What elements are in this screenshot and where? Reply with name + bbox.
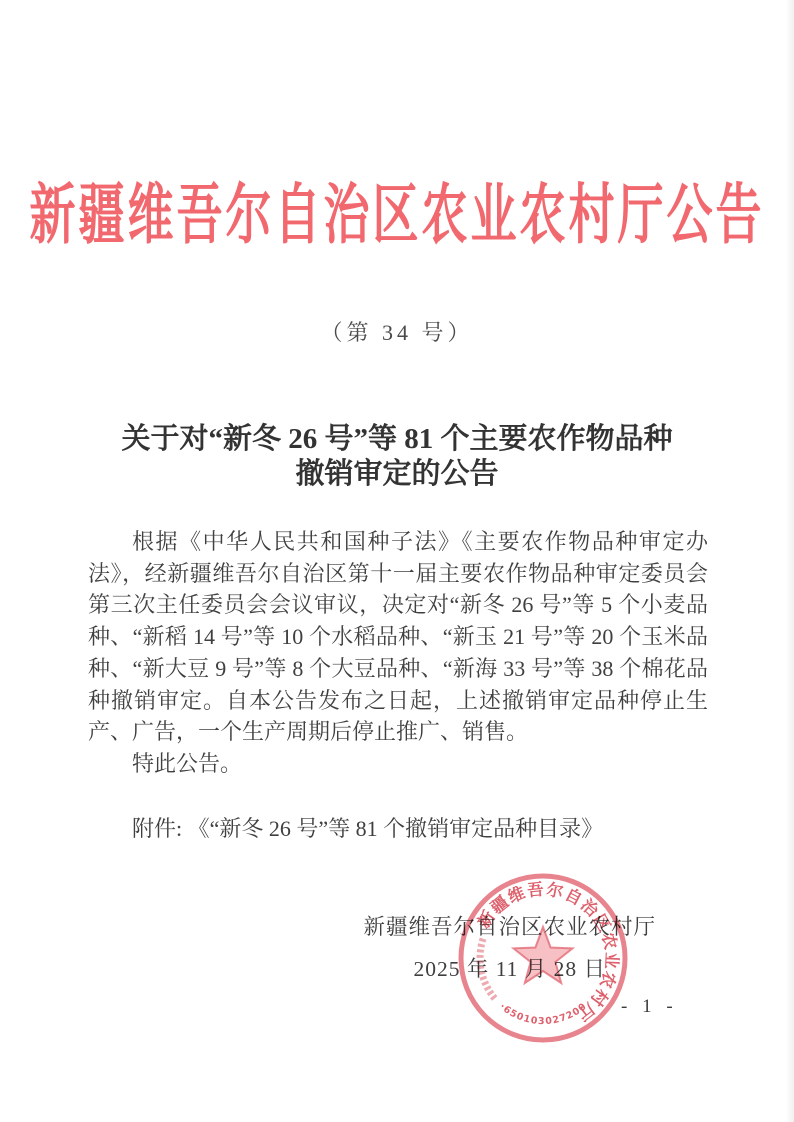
body-line: 种撤销审定。自本公告发布之日起，上述撤销审定品种停止生 (88, 685, 708, 717)
document-heading-line1: 关于对“新冬 26 号”等 81 个主要农作物品种 (0, 422, 794, 457)
body-text: 根据《中华人民共和国种子法》《主要农作物品种审定办法》，经新疆维吾尔自治区第十一… (88, 526, 708, 780)
body-line: 种、“新大豆 9 号”等 8 个大豆品种、“新海 33 号”等 38 个棉花品 (88, 653, 708, 685)
body-line: 根据《中华人民共和国种子法》《主要农作物品种审定办 (88, 526, 708, 558)
seal-star-icon (514, 927, 573, 983)
issue-number: （第 34 号） (0, 316, 794, 347)
seal-code-text: ·6501030272003 (433, 848, 589, 1027)
attachment-line: 附件: 《“新冬 26 号”等 81 个撤销审定品种目录》 (88, 812, 738, 843)
uyghur-script-arc (480, 937, 495, 999)
body-line: 种、“新稻 14 号”等 10 个水稻品种、“新玉 21 号”等 20 个玉米品 (88, 621, 708, 653)
masthead-title: 新疆维吾尔自治区农业农村厅公告 (0, 163, 794, 229)
body-line: 第三次主任委员会会议审议，决定对“新冬 26 号”等 5 个小麦品 (88, 589, 708, 621)
document-heading: 关于对“新冬 26 号”等 81 个主要农作物品种 撤销审定的公告 (0, 422, 794, 492)
body-line: 法》，经新疆维吾尔自治区第十一届主要农作物品种审定委员会 (88, 558, 708, 590)
masthead-title-text: 新疆维吾尔自治区农业农村厅公告 (30, 163, 765, 257)
body-line: 特此公告。 (88, 748, 708, 780)
document-heading-line2: 撤销审定的公告 (0, 457, 794, 492)
body-line: 产、广告，一个生产周期后停止推广、销售。 (88, 716, 708, 748)
official-seal: 新疆维吾尔自治区农业农村厅 ·6501030272003 (433, 848, 653, 1068)
